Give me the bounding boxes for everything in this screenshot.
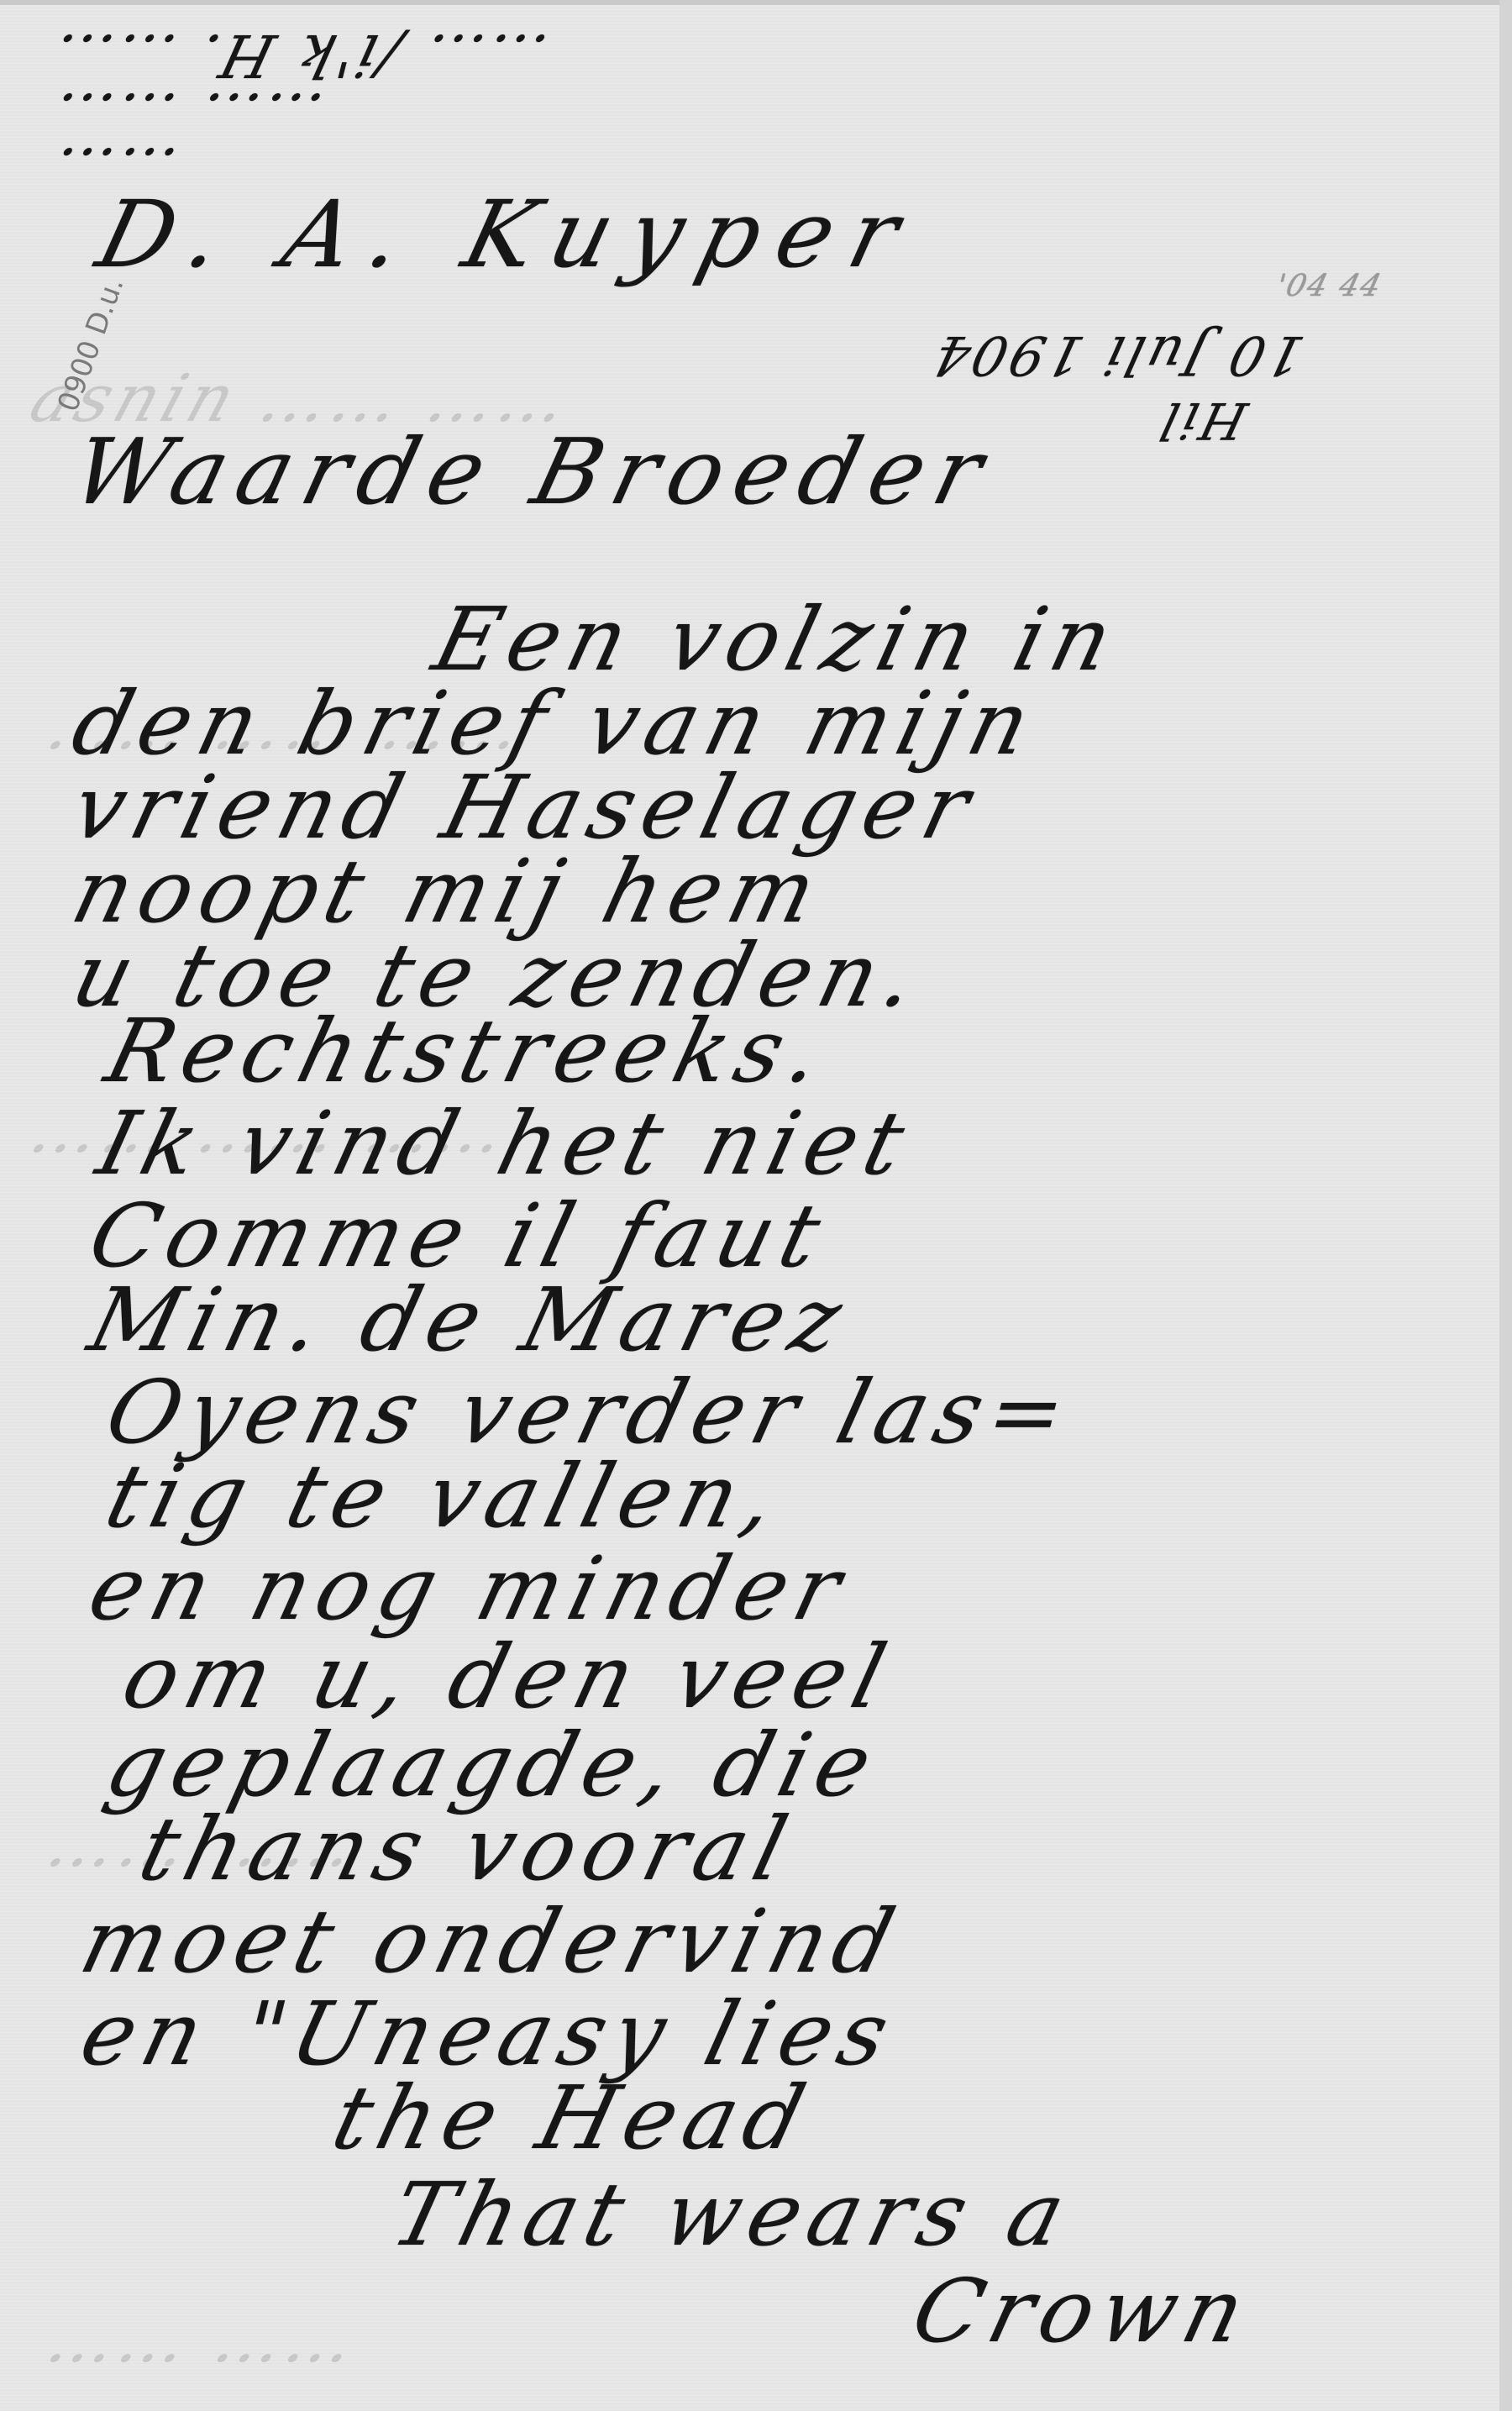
date-upside-down: 10 Juli 1904: [925, 323, 1310, 386]
body-line: Rechtstreeks.: [97, 1000, 840, 1102]
body-line: moet ondervind: [71, 1890, 912, 1993]
body-line: thans vooral: [130, 1798, 806, 1900]
corner-note: '04 44: [1273, 269, 1386, 303]
body-line: Crown: [903, 2260, 1263, 2362]
body-line: en nog minder: [80, 1537, 859, 1640]
place-upside-down: Hil: [1152, 391, 1252, 449]
body-line: om u, den veel: [113, 1626, 904, 1728]
letter-page: asnin …… …… …… …… …… …… …… …… …… …… …… ……: [0, 0, 1499, 2411]
bleed-through-text: …… ……: [38, 2302, 370, 2377]
body-line: Min. de Marez: [80, 1269, 860, 1371]
body-line: That wears a: [382, 2163, 1083, 2266]
page-top-edge: [0, 0, 1499, 5]
signature-upside-down: D. A. Kuyper: [87, 181, 927, 288]
body-line: tig te vallen,: [97, 1445, 794, 1547]
body-line: the Head: [323, 2067, 823, 2169]
body-line: Ik vind het niet: [88, 1092, 922, 1195]
salutation: Waarde Broeder: [62, 420, 1004, 525]
